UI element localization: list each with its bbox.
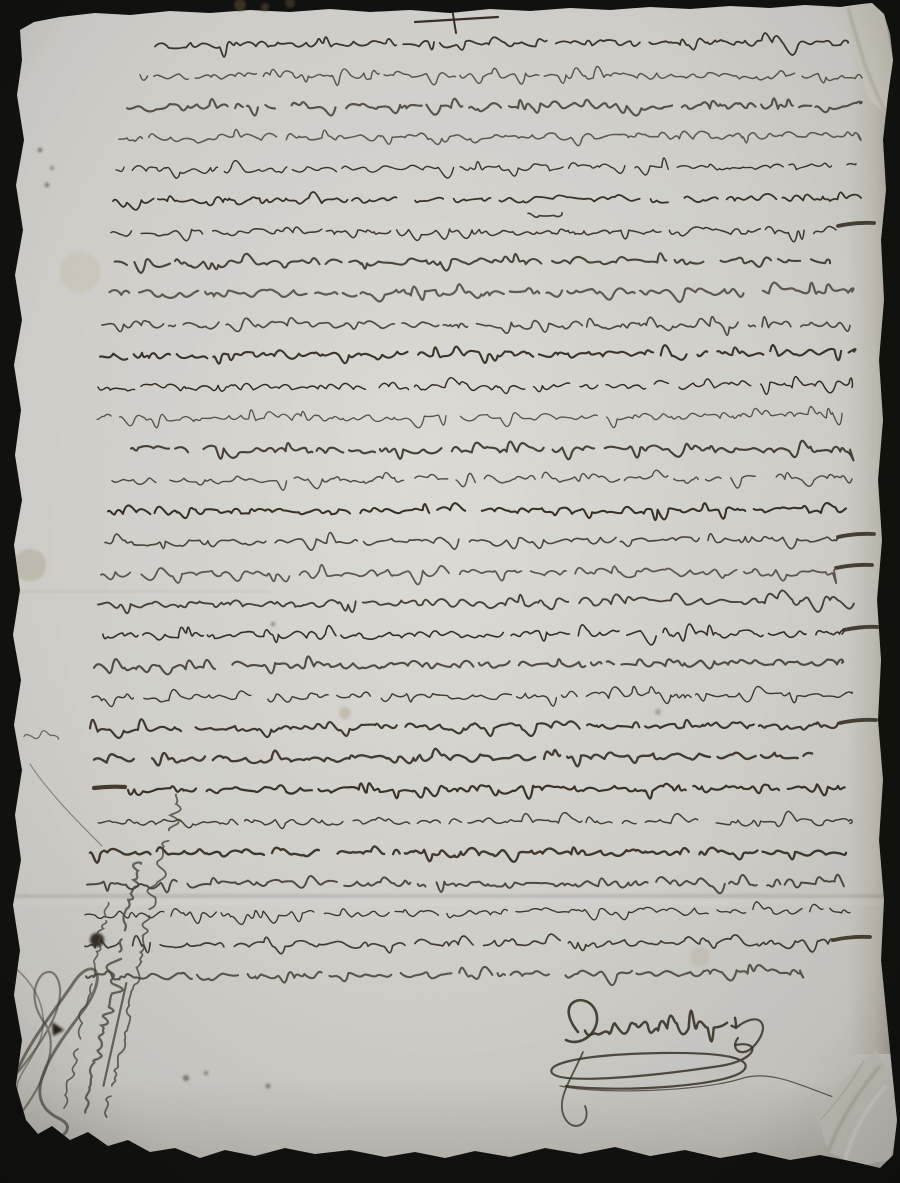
photo-vignette [0, 0, 900, 1183]
photo-background [0, 0, 900, 1183]
manuscript-photo [0, 0, 900, 1183]
